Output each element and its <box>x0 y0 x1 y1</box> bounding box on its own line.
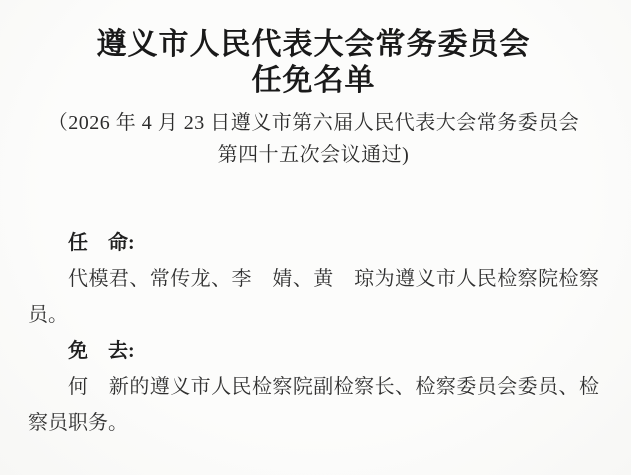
document-title-line1: 遵义市人民代表大会常务委员会 <box>28 27 599 63</box>
document-title-line2: 任免名单 <box>28 63 599 99</box>
document-subtitle-line1: （2026 年 4 月 23 日遵义市第六届人民代表大会常务委员会 <box>28 107 599 139</box>
document-subtitle: （2026 年 4 月 23 日遵义市第六届人民代表大会常务委员会 第四十五次会… <box>28 107 599 171</box>
appointment-paragraph: 代模君、常传龙、李 婧、黄 琼为遵义市人民检察院检察员。 <box>28 261 599 333</box>
document-subtitle-line2: 第四十五次会议通过) <box>28 139 599 171</box>
section-heading-appointment: 任 命: <box>28 225 599 261</box>
document-body: 任 命: 代模君、常传龙、李 婧、黄 琼为遵义市人民检察院检察员。 免 去: 何… <box>28 225 599 441</box>
removal-paragraph: 何 新的遵义市人民检察院副检察长、检察委员会委员、检察员职务。 <box>28 369 599 441</box>
document-title: 遵义市人民代表大会常务委员会 任免名单 <box>28 27 599 99</box>
section-heading-removal: 免 去: <box>28 333 599 369</box>
document-page: 遵义市人民代表大会常务委员会 任免名单 （2026 年 4 月 23 日遵义市第… <box>0 0 631 475</box>
